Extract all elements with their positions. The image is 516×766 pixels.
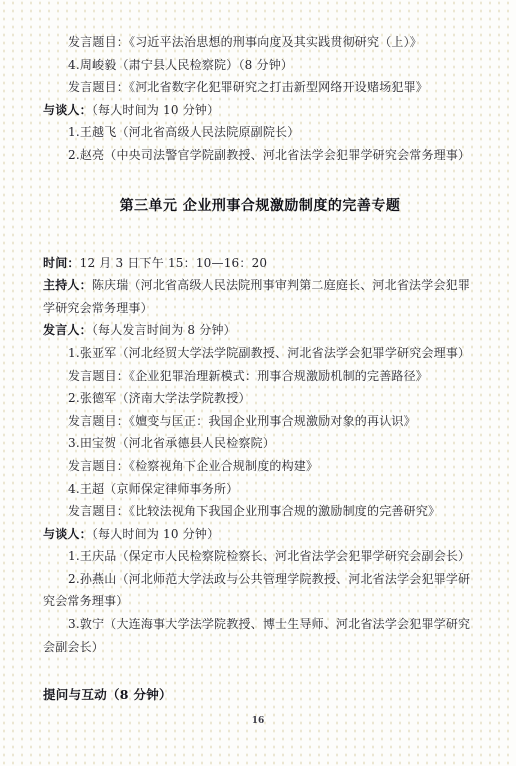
line-text: 1.张亚军（河北经贸大学法学院副教授、河北省法学会犯罪学研究会理事） [68,346,470,360]
line-text: 发言题目：《企业犯罪治理新模式：刑事合规激励机制的完善路径》 [68,369,428,383]
time-line: 时间：12 月 3 日下午 15：10—16：20 [43,252,477,275]
unit3-heading: 第三单元 企业刑事合规激励制度的完善专题 [43,193,477,219]
line-text: 发言题目：《检察视角下企业合规制度的构建》 [68,459,318,473]
speech-topic-line: 发言题目：《比较法视角下我国企业刑事合规的激励制度的完善研究》 [43,500,477,523]
line-text: 发言题目：《河北省数字化犯罪研究之打击新型网络开设赌场犯罪》 [68,80,428,94]
line-label: 时间： [43,256,80,270]
line-text: 1.王越飞（河北省高级人民法院原副院长） [68,125,299,139]
discussant-line: 3.敦宁（大连海事大学法学院教授、博士生导师、河北省法学会犯罪学研究 [43,613,477,636]
line-text: （每人时间为 10 分钟） [92,103,220,117]
speaker-line: 4.王超（京师保定律师事务所） [43,478,477,501]
line-text: 2.赵亮（中央司法警官学院副教授、河北省法学会犯罪学研究会常务理事） [68,148,470,162]
moderator-line: 主持人：陈庆瑞（河北省高级人民法院刑事审判第二庭庭长、河北省法学会犯罪 [43,274,477,297]
line-text: 发言题目：《习近平法治思想的刑事向度及其实践贯彻研究（上）》 [68,35,422,49]
line-text: 发言题目：《比较法视角下我国企业刑事合规的激励制度的完善研究》 [68,504,440,518]
line-text: 究会常务理事） [43,594,128,608]
discussant-line: 2.赵亮（中央司法警官学院副教授、河北省法学会犯罪学研究会常务理事） [43,144,477,167]
speaker-line: 4.周峻毅（肃宁县人民检察院）（8 分钟） [43,54,477,77]
line-label: 与谈人： [43,103,92,117]
line-text: 4.王超（京师保定律师事务所） [68,482,238,496]
line-text: 3.敦宁（大连海事大学法学院教授、博士生导师、河北省法学会犯罪学研究 [68,617,470,631]
speech-topic-line: 发言题目：《嬗变与匡正：我国企业刑事合规激励对象的再认识》 [43,410,477,433]
discussant-line-continuation: 究会常务理事） [43,590,477,613]
discussant-line: 2.孙燕山（河北师范大学法政与公共管理学院教授、河北省法学会犯罪学研 [43,568,477,591]
speaker-line: 2.张德军（济南大学法学院教授） [43,387,477,410]
discussant-line-continuation: 会副会长） [43,636,477,659]
line-text: （每人发言时间为 8 分钟） [92,323,236,337]
speaker-line: 1.张亚军（河北经贸大学法学院副教授、河北省法学会犯罪学研究会理事） [43,342,477,365]
line-label: 主持人： [43,278,92,292]
line-text: 4.周峻毅（肃宁县人民检察院）（8 分钟） [68,58,293,72]
qa-session-line: 提问与互动（8 分钟） [43,684,477,706]
line-text: 12 月 3 日下午 15：10—16：20 [80,256,268,270]
speech-topic-line: 发言题目：《检察视角下企业合规制度的构建》 [43,455,477,478]
line-text: 陈庆瑞（河北省高级人民法院刑事审判第二庭庭长、河北省法学会犯罪 [92,278,470,292]
discussants-label-line: 与谈人：（每人时间为 10 分钟） [43,99,477,122]
discussant-line: 1.王越飞（河北省高级人民法院原副院长） [43,121,477,144]
line-label: 与谈人： [43,527,92,541]
line-text: 2.张德军（济南大学法学院教授） [68,391,251,405]
line-text: 1.王庆品（保定市人民检察院检察长、河北省法学会犯罪学研究会副会长） [68,549,470,563]
line-text: （每人时间为 10 分钟） [92,527,220,541]
speakers-label-line: 发言人：（每人发言时间为 8 分钟） [43,319,477,342]
line-text: 2.孙燕山（河北师范大学法政与公共管理学院教授、河北省法学会犯罪学研 [68,572,470,586]
speech-topic-line: 发言题目：《习近平法治思想的刑事向度及其实践贯彻研究（上）》 [43,31,477,54]
document-page: 发言题目：《习近平法治思想的刑事向度及其实践贯彻研究（上）》 4.周峻毅（肃宁县… [0,0,516,766]
line-text: 发言题目：《嬗变与匡正：我国企业刑事合规激励对象的再认识》 [68,414,416,428]
speaker-line: 3.田宝贺（河北省承德县人民检察院） [43,432,477,455]
line-label: 发言人： [43,323,92,337]
speech-topic-line: 发言题目：《企业犯罪治理新模式：刑事合规激励机制的完善路径》 [43,365,477,388]
page-number: 16 [0,716,516,726]
moderator-line-continuation: 学研究会常务理事） [43,297,477,320]
line-text: 会副会长） [43,640,104,654]
discussants-label-line: 与谈人：（每人时间为 10 分钟） [43,523,477,546]
speech-topic-line: 发言题目：《河北省数字化犯罪研究之打击新型网络开设赌场犯罪》 [43,76,477,99]
discussant-line: 1.王庆品（保定市人民检察院检察长、河北省法学会犯罪学研究会副会长） [43,545,477,568]
line-text: 学研究会常务理事） [43,301,153,315]
line-text: 3.田宝贺（河北省承德县人民检察院） [68,436,275,450]
